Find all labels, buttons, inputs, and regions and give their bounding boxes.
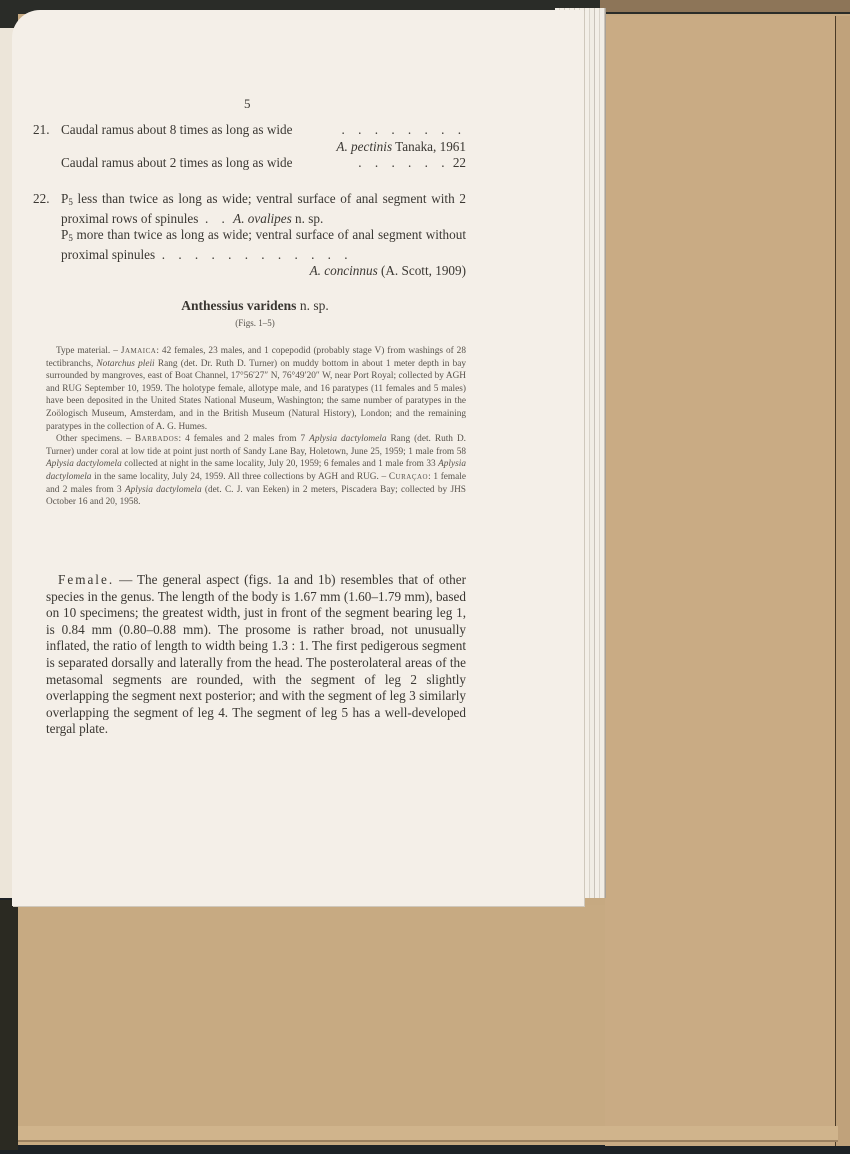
book-spine	[0, 900, 18, 1150]
female-description-paragraph: Female. — The general aspect (figs. 1a a…	[46, 572, 466, 738]
couplet-lead: Caudal ramus about 2 times as long as wi…	[61, 155, 466, 172]
couplet-result: A. concinnus (A. Scott, 1909)	[33, 263, 466, 280]
cardboard-lower-panel	[18, 905, 608, 1145]
figures-reference: (Figs. 1–5)	[45, 318, 465, 328]
cardboard-right-flap	[605, 16, 837, 1146]
page-number: 5	[244, 96, 251, 112]
other-specimens-paragraph: Other specimens. – Barbados: 4 females a…	[46, 433, 466, 509]
cardboard-edge	[836, 16, 850, 1146]
couplet-lead: P5 less than twice as long as wide; vent…	[61, 191, 466, 227]
key-couplet-22: 22. P5 less than twice as long as wide; …	[33, 191, 466, 280]
document-page: 5 21. Caudal ramus about 8 times as long…	[12, 10, 584, 906]
scan-background-top-right	[600, 0, 850, 12]
couplet-result: 22	[453, 155, 466, 170]
type-material-paragraph: Type material. – Jamaica: 42 females, 23…	[46, 345, 466, 509]
couplet-result: A. pectinis Tanaka, 1961	[33, 139, 466, 156]
couplet-lead: Caudal ramus about 8 times as long as wi…	[61, 122, 466, 139]
couplet-number: 21.	[33, 122, 61, 139]
couplet-lead: P5 more than twice as long as wide; vent…	[61, 227, 466, 263]
cardboard-bottom-lip	[18, 1126, 838, 1142]
key-couplet-21: 21. Caudal ramus about 8 times as long a…	[33, 122, 466, 172]
species-heading: Anthessius varidens n. sp.	[45, 298, 465, 314]
couplet-number: 22.	[33, 191, 61, 227]
